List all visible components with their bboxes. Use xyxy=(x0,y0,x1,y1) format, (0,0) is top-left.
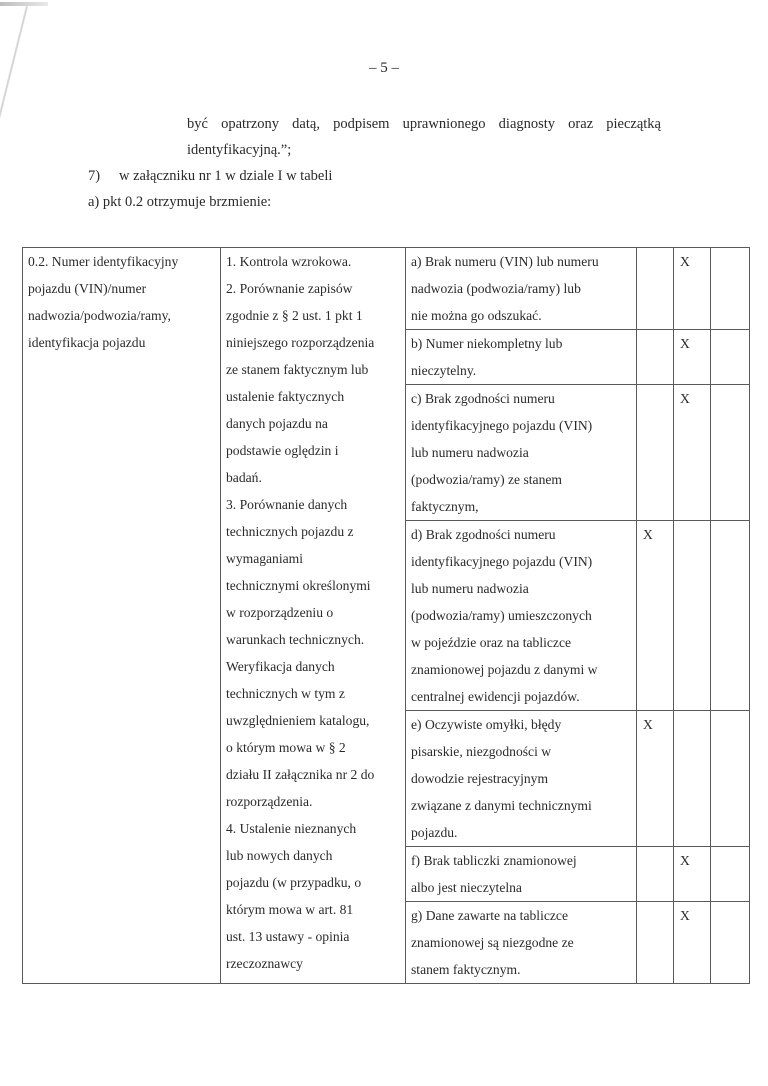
defect-cell: f) Brak tabliczki znamionowejalbo jest n… xyxy=(406,847,637,902)
method-line: 2. Porównanie zapisów xyxy=(226,275,400,302)
defect-line: d) Brak zgodności numeru xyxy=(411,521,631,548)
mark-cell: X xyxy=(674,847,711,902)
method-line: ustalenie faktycznych xyxy=(226,383,400,410)
defect-line: identyfikacyjnego pojazdu (VIN) xyxy=(411,548,631,575)
method-line: ze stanem faktycznym lub xyxy=(226,356,400,383)
item-text: w załączniku nr 1 w dziale I w tabeli xyxy=(119,168,332,184)
item-line: pojazdu (VIN)/numer xyxy=(28,275,215,302)
method-line: technicznymi określonymi xyxy=(226,572,400,599)
mark-cell xyxy=(711,711,750,847)
mark-cell xyxy=(674,521,711,711)
method-line: technicznych pojazdu z xyxy=(226,518,400,545)
defect-line: f) Brak tabliczki znamionowej xyxy=(411,847,631,874)
mark-cell xyxy=(711,248,750,330)
mark-cell: X xyxy=(637,711,674,847)
mark-cell xyxy=(637,385,674,521)
mark-cell: X xyxy=(674,385,711,521)
defect-line: c) Brak zgodności numeru xyxy=(411,385,631,412)
defect-line: a) Brak numeru (VIN) lub numeru xyxy=(411,248,631,275)
mark-cell: X xyxy=(674,248,711,330)
defect-line: centralnej ewidencji pojazdów. xyxy=(411,683,631,710)
inspection-table: 0.2. Numer identyfikacyjnypojazdu (VIN)/… xyxy=(22,247,750,984)
mark-cell xyxy=(711,847,750,902)
defect-line: e) Oczywiste omyłki, błędy xyxy=(411,711,631,738)
amendment-item-7: 7)w załączniku nr 1 w dziale I w tabeli xyxy=(88,163,332,189)
mark-cell: X xyxy=(637,521,674,711)
defect-line: pisarskie, niezgodności w xyxy=(411,738,631,765)
defect-cell: d) Brak zgodności numeruidentyfikacyjneg… xyxy=(406,521,637,711)
mark-cell xyxy=(637,847,674,902)
mark-cell xyxy=(711,902,750,984)
item-line: identyfikacja pojazdu xyxy=(28,329,215,356)
mark-cell xyxy=(637,330,674,385)
defect-line: b) Numer niekompletny lub xyxy=(411,330,631,357)
defect-line: znamionowej są niezgodne ze xyxy=(411,929,631,956)
method-line: rzeczoznawcy xyxy=(226,950,400,977)
item-number: 7) xyxy=(88,163,119,189)
item-line: 0.2. Numer identyfikacyjny xyxy=(28,248,215,275)
method-line: 4. Ustalenie nieznanych xyxy=(226,815,400,842)
defect-line: stanem faktycznym. xyxy=(411,956,631,983)
defect-line: znamionowej pojazdu z danymi w xyxy=(411,656,631,683)
mark-cell xyxy=(637,248,674,330)
defect-line: nie można go odszukać. xyxy=(411,302,631,329)
defect-line: związane z danymi technicznymi xyxy=(411,792,631,819)
method-line: rozporządzenia. xyxy=(226,788,400,815)
defect-line: pojazdu. xyxy=(411,819,631,846)
defect-cell: b) Numer niekompletny lubnieczytelny. xyxy=(406,330,637,385)
mark-cell xyxy=(711,330,750,385)
item-cell: 0.2. Numer identyfikacyjnypojazdu (VIN)/… xyxy=(23,248,221,984)
method-line: technicznych w tym z xyxy=(226,680,400,707)
method-line: badań. xyxy=(226,464,400,491)
defect-cell: e) Oczywiste omyłki, błędypisarskie, nie… xyxy=(406,711,637,847)
mark-cell: X xyxy=(674,330,711,385)
mark-cell xyxy=(711,385,750,521)
continuation-text: być opatrzony datą, podpisem uprawnioneg… xyxy=(187,111,661,137)
scan-edge-artifact xyxy=(0,0,70,240)
mark-cell: X xyxy=(674,902,711,984)
method-cell: 1. Kontrola wzrokowa.2. Porównanie zapis… xyxy=(221,248,406,984)
method-line: podstawie oględzin i xyxy=(226,437,400,464)
method-line: pojazdu (w przypadku, o xyxy=(226,869,400,896)
defect-line: w pojeździe oraz na tabliczce xyxy=(411,629,631,656)
mark-cell xyxy=(637,902,674,984)
method-line: niniejszego rozporządzenia xyxy=(226,329,400,356)
method-line: uwzględnieniem katalogu, xyxy=(226,707,400,734)
item-line: nadwozia/podwozia/ramy, xyxy=(28,302,215,329)
defect-line: nieczytelny. xyxy=(411,357,631,384)
method-line: Weryfikacja danych xyxy=(226,653,400,680)
method-line: zgodnie z § 2 ust. 1 pkt 1 xyxy=(226,302,400,329)
defect-cell: c) Brak zgodności numeruidentyfikacyjneg… xyxy=(406,385,637,521)
defect-line: (podwozia/ramy) ze stanem xyxy=(411,466,631,493)
method-line: warunkach technicznych. xyxy=(226,626,400,653)
mark-cell xyxy=(674,711,711,847)
defect-line: lub numeru nadwozia xyxy=(411,575,631,602)
defect-line: faktycznym, xyxy=(411,493,631,520)
method-line: lub nowych danych xyxy=(226,842,400,869)
defect-line: (podwozia/ramy) umieszczonych xyxy=(411,602,631,629)
defect-line: albo jest nieczytelna xyxy=(411,874,631,901)
defect-line: identyfikacyjnego pojazdu (VIN) xyxy=(411,412,631,439)
method-line: którym mowa w art. 81 xyxy=(226,896,400,923)
defect-line: g) Dane zawarte na tabliczce xyxy=(411,902,631,929)
defect-line: nadwozia (podwozia/ramy) lub xyxy=(411,275,631,302)
method-line: o którym mowa w § 2 xyxy=(226,734,400,761)
method-line: wymaganiami xyxy=(226,545,400,572)
defect-cell: g) Dane zawarte na tabliczceznamionowej … xyxy=(406,902,637,984)
page-number: – 5 – xyxy=(0,60,768,77)
method-line: danych pojazdu na xyxy=(226,410,400,437)
mark-cell xyxy=(711,521,750,711)
table-row: 0.2. Numer identyfikacyjnypojazdu (VIN)/… xyxy=(23,248,750,330)
method-line: działu II załącznika nr 2 do xyxy=(226,761,400,788)
method-line: w rozporządzeniu o xyxy=(226,599,400,626)
amendment-subitem-a: a) pkt 0.2 otrzymuje brzmienie: xyxy=(88,189,271,215)
defect-line: dowodzie rejestracyjnym xyxy=(411,765,631,792)
continuation-text-end: identyfikacyjną.”; xyxy=(187,137,291,163)
method-line: 3. Porównanie danych xyxy=(226,491,400,518)
method-line: ust. 13 ustawy - opinia xyxy=(226,923,400,950)
defect-line: lub numeru nadwozia xyxy=(411,439,631,466)
method-line: 1. Kontrola wzrokowa. xyxy=(226,248,400,275)
defect-cell: a) Brak numeru (VIN) lub numerunadwozia … xyxy=(406,248,637,330)
